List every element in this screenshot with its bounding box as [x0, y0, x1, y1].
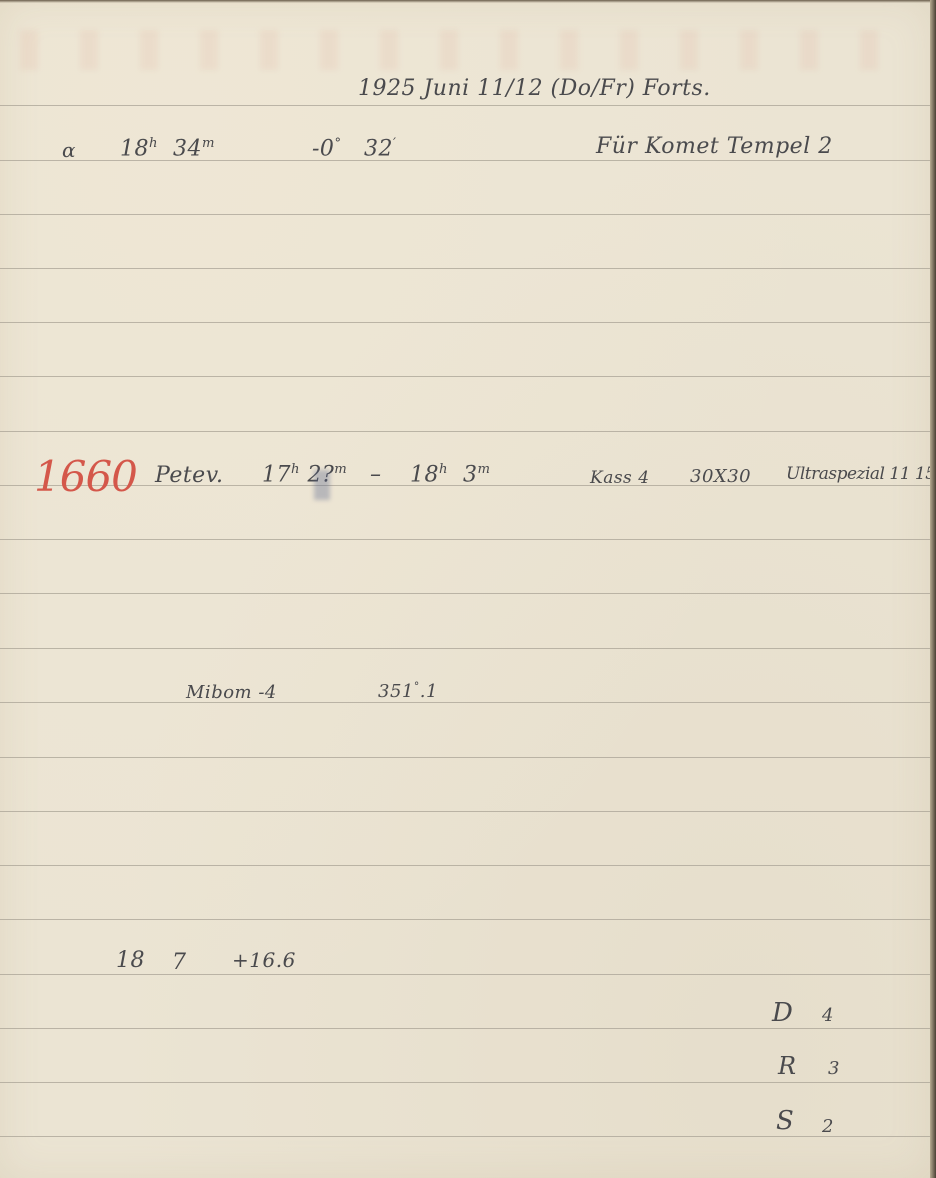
ruled-line [0, 757, 930, 758]
ruled-line [0, 376, 930, 377]
ruled-line [0, 431, 930, 432]
date-heading: 1925 Juni 11/12 (Do/Fr) Forts. [358, 76, 711, 101]
rating-value-s: 2 [822, 1116, 834, 1137]
red-ink-bleed-through [20, 30, 900, 70]
alpha-symbol: α [62, 138, 76, 162]
ruled-line [0, 648, 930, 649]
ruled-line [0, 865, 930, 866]
angle-value: 351 [378, 681, 414, 702]
right-ascension: 18h 34m [120, 136, 215, 161]
notebook-page: 1925 Juni 11/12 (Do/Fr) Forts. α 18h 34m… [0, 0, 930, 1178]
rating-label-r: R [778, 1052, 797, 1080]
ruled-line [0, 811, 930, 812]
end-hours-unit: h [439, 462, 448, 477]
ruled-line [0, 105, 930, 106]
page-right-edge [930, 0, 936, 1178]
plate-number: 1660 [34, 452, 137, 501]
ruled-line [0, 322, 930, 323]
ruled-line [0, 974, 930, 975]
dec-minutes-unit: ′ [393, 136, 397, 151]
ra-minutes: 34 [173, 136, 202, 161]
dec-degrees-unit: ° [334, 136, 341, 151]
rating-value-r: 3 [828, 1058, 840, 1079]
ruled-line [0, 702, 930, 703]
ruled-line [0, 1136, 930, 1137]
observer-name: Petev. [155, 463, 224, 488]
end-minutes-unit: m [478, 462, 491, 477]
ruled-line [0, 593, 930, 594]
cassette-number: Kass 4 [590, 468, 650, 488]
ruled-line [0, 539, 930, 540]
start-hours-unit: h [291, 462, 300, 477]
ruled-line [0, 1028, 930, 1029]
ra-minutes-unit: m [202, 136, 215, 151]
exposure-end: 18h 3m [410, 462, 491, 487]
end-hours: 18 [410, 462, 439, 487]
ruled-line [0, 214, 930, 215]
rating-value-d: 4 [822, 1005, 834, 1026]
nebula-note: Mibom -4 [186, 682, 277, 703]
position-angle: 351°.1 [378, 680, 438, 702]
start-minutes-unit: m [334, 462, 347, 477]
rating-label-s: S [776, 1106, 794, 1136]
ruled-line [0, 1082, 930, 1083]
ra-hours-unit: h [149, 136, 158, 151]
bottom-col-1: 18 [116, 948, 145, 973]
erasure-smudge [314, 470, 330, 500]
end-minutes: 3 [463, 462, 478, 487]
dec-minutes: 32 [364, 136, 393, 161]
declination: -0° 32′ [312, 136, 397, 161]
bottom-col-3: +16.6 [232, 948, 296, 972]
rating-label-d: D [772, 998, 793, 1028]
emulsion-type: Ultraspezial 11 152 [786, 464, 936, 484]
dec-degrees: -0 [312, 136, 334, 161]
plate-size: 30X30 [690, 466, 751, 487]
page-top-edge [0, 0, 936, 3]
ruled-line [0, 268, 930, 269]
ruled-line [0, 919, 930, 920]
time-dash: – [370, 462, 382, 487]
bottom-col-2: 7 [172, 950, 187, 975]
ra-hours: 18 [120, 136, 149, 161]
comet-note: Für Komet Tempel 2 [596, 134, 833, 159]
angle-decimal: .1 [420, 681, 438, 702]
exposure-start: 17h 2?m [262, 462, 347, 487]
start-hours: 17 [262, 462, 291, 487]
